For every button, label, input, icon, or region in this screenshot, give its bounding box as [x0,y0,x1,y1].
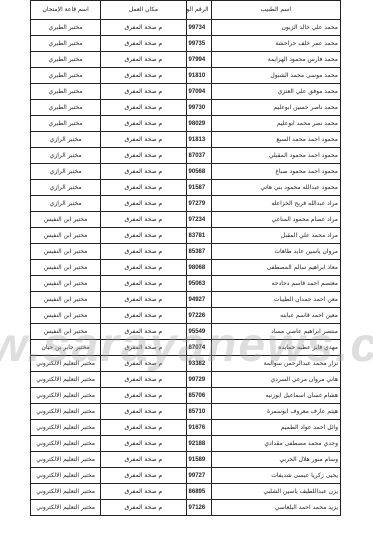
exam-hall-cell: مختبر التعليم الالكتروني [31,388,101,404]
doctor-name-cell: مراد محمد علي المقبل [211,228,340,244]
employee-id-cell: 87037 [186,148,211,164]
table-row: هشام غسان اسماعيل ابوزنيه85706م صحة المف… [31,388,341,404]
workplace-cell: م صحة المفرق [101,20,186,36]
employee-id-cell: 90568 [186,164,211,180]
workplace-cell: م صحة المفرق [101,340,186,356]
exam-hall-cell: مختبر الطبري [31,100,101,116]
doctor-name-cell: محمد موفق علي العتزي [211,84,340,100]
workplace-cell: م صحة المفرق [101,68,186,84]
workplace-cell: م صحة المفرق [101,356,186,372]
workplace-cell: م صحة المفرق [101,388,186,404]
doctor-name-cell: محمود احمد محمد السبع [211,132,340,148]
employee-id-cell: 97226 [186,308,211,324]
header-employee-id: الرقم الوظيفي [186,1,211,20]
employee-id-cell: 83781 [186,228,211,244]
workplace-cell: م صحة المفرق [101,420,186,436]
table-row: محمد فارس محمود الهزايمة97994م صحة المفر… [31,52,341,68]
table-row: محمد ناصر حسين ابوعليم99730م صحة المفرقم… [31,100,341,116]
doctor-name-cell: معن احمد حمدان الطيبات [211,292,340,308]
exam-hall-cell: مختبر التعليم الالكتروني [31,484,101,500]
workplace-cell: م صحة المفرق [101,148,186,164]
doctor-name-cell: محمد عمر خلف حراحشة [211,36,340,52]
table-row: محمود عبدالله محمود بني هاني91587م صحة ا… [31,180,341,196]
doctor-name-cell: محمود عبدالله محمود بني هاني [211,180,340,196]
workplace-cell: م صحة المفرق [101,260,186,276]
employee-id-cell: 99729 [186,372,211,388]
exam-hall-cell: مختبر ابن النفيس [31,244,101,260]
employee-id-cell: 99735 [186,36,211,52]
employee-id-cell: 85710 [186,404,211,420]
doctor-name-cell: هيثم عارف معروف ابوسمرة [211,404,340,420]
employee-id-cell: 99727 [186,468,211,484]
table-row: محمد علي خالد الزبون99734م صحة المفرقمخت… [31,20,341,36]
table-row: هاني مروان مرعي السردي99729م صحة المفرقم… [31,372,341,388]
doctor-name-cell: معين احمد قاسم عبابنه [211,308,340,324]
workplace-cell: م صحة المفرق [101,244,186,260]
table-row: نزار محمد عبدالرحمن سوالمة93382م صحة الم… [31,356,341,372]
workplace-cell: م صحة المفرق [101,324,186,340]
exam-hall-cell: مختبر ابن النفيس [31,324,101,340]
exam-hall-cell: مختبر الطبري [31,84,101,100]
doctor-name-cell: يزيد محمد احمد البلعاسي [211,500,340,516]
doctor-name-cell: معتصم احمد قاسم دحادحه [211,276,340,292]
exam-hall-cell: مختبر الطبري [31,52,101,68]
table-row: مهدي فايز عطيه حمايده87074م صحة المفرقمخ… [31,340,341,356]
doctor-name-cell: نزار محمد عبدالرحمن سوالمة [211,356,340,372]
exam-hall-cell: مختبر ابن النفيس [31,260,101,276]
workplace-cell: م صحة المفرق [101,100,186,116]
table-row: محمد عمر خلف حراحشة99735م صحة المفرقمختب… [31,36,341,52]
doctor-name-cell: وجدي محمد مصطفى مقدادي [211,436,340,452]
exam-hall-cell: مختبر التعليم الالكتروني [31,500,101,516]
table-row: محمود احمد محمود المقبلي87037م صحة المفر… [31,148,341,164]
workplace-cell: م صحة المفرق [101,468,186,484]
doctor-name-cell: محمود احمد محمود المقبلي [211,148,340,164]
exam-hall-cell: مختبر ابن النفيس [31,276,101,292]
table-row: منتصر ابراهيم عاصي مساد95549م صحة المفرق… [31,324,341,340]
exam-hall-cell: مختبر التعليم الالكتروني [31,356,101,372]
table-row: مراد عصام محمود المناعي97234م صحة المفرق… [31,212,341,228]
doctor-name-cell: محمد موسى محمد الشبول [211,68,340,84]
employee-id-cell: 97234 [186,212,211,228]
exam-hall-cell: مختبر ابن النفيس [31,212,101,228]
exam-hall-cell: مختبر الطبري [31,36,101,52]
table-row: محمد موسى محمد الشبول91810م صحة المفرقمخ… [31,68,341,84]
table-row: مروان ياسين عايد طاهات85387م صحة المفرقم… [31,244,341,260]
doctor-name-cell: معاذ ابراهيم سالم المصطفى [211,260,340,276]
exam-hall-cell: مختبر ابن النفيس [31,228,101,244]
workplace-cell: م صحة المفرق [101,132,186,148]
employee-id-cell: 91589 [186,452,211,468]
header-workplace: مكان العمل [101,1,186,20]
workplace-cell: م صحة المفرق [101,276,186,292]
doctor-name-cell: محمد فارس محمود الهزايمة [211,52,340,68]
exam-hall-cell: مختبر التعليم الالكتروني [31,452,101,468]
employee-id-cell: 97094 [186,84,211,100]
workplace-cell: م صحة المفرق [101,212,186,228]
workplace-cell: م صحة المفرق [101,84,186,100]
employee-id-cell: 99734 [186,20,211,36]
exam-hall-cell: مختبر الرازي [31,196,101,212]
employee-id-cell: 95549 [186,324,211,340]
employee-id-cell: 85387 [186,244,211,260]
header-doctor-name: اسم الطبيب [211,1,340,20]
exam-hall-cell: مختبر التعليم الالكتروني [31,404,101,420]
exam-hall-cell: مختبر الطبري [31,20,101,36]
table-row: يحيى زكريا عيسى شديفات99727م صحة المفرقم… [31,468,341,484]
employee-id-cell: 98068 [186,260,211,276]
workplace-cell: م صحة المفرق [101,372,186,388]
employee-id-cell: 93382 [186,356,211,372]
employee-id-cell: 99730 [186,100,211,116]
doctor-name-cell: منتصر ابراهيم عاصي مساد [211,324,340,340]
table-row: معاذ ابراهيم سالم المصطفى98068م صحة المف… [31,260,341,276]
workplace-cell: م صحة المفرق [101,404,186,420]
table-header-row: اسم الطبيب الرقم الوظيفي مكان العمل اسم … [31,1,341,20]
employee-id-cell: 97126 [186,500,211,516]
employee-id-cell: 97279 [186,196,211,212]
employee-id-cell: 91676 [186,420,211,436]
table-row: محمد نصر محمد ابوعليم98029م صحة المفرقمخ… [31,116,341,132]
exam-hall-cell: مختبر التعليم الالكتروني [31,420,101,436]
doctor-name-cell: هشام غسان اسماعيل ابوزنيه [211,388,340,404]
doctor-name-cell: محمد ناصر حسين ابوعليم [211,100,340,116]
table-row: معن احمد حمدان الطيبات94927م صحة المفرقم… [31,292,341,308]
doctor-name-cell: محمد علي خالد الزبون [211,20,340,36]
exam-hall-cell: مختبر التعليم الالكتروني [31,372,101,388]
table-row: يزن عبداللطيف ياسين الشلبي86895م صحة الم… [31,484,341,500]
doctor-name-cell: مهدي فايز عطيه حمايده [211,340,340,356]
table-row: محمد موفق علي العتزي97094م صحة المفرقمخت… [31,84,341,100]
workplace-cell: م صحة المفرق [101,52,186,68]
employee-id-cell: 91587 [186,180,211,196]
employee-id-cell: 91813 [186,132,211,148]
workplace-cell: م صحة المفرق [101,196,186,212]
doctor-name-cell: محمد نصر محمد ابوعليم [211,116,340,132]
doctor-name-cell: يزن عبداللطيف ياسين الشلبي [211,484,340,500]
table-row: معتصم احمد قاسم دحادحه95063م صحة المفرقم… [31,276,341,292]
exam-hall-cell: مختبر ابن النفيس [31,292,101,308]
doctor-name-cell: يحيى زكريا عيسى شديفات [211,468,340,484]
table-row: وسام منور هلال الحربي91589م صحة المفرقمخ… [31,452,341,468]
table-row: محمود احمد محمد السبع91813م صحة المفرقمخ… [31,132,341,148]
exam-hall-cell: مختبر الرازي [31,180,101,196]
workplace-cell: م صحة المفرق [101,452,186,468]
exam-hall-cell: مختبر الرازي [31,164,101,180]
employee-id-cell: 97994 [186,52,211,68]
exam-hall-cell: مختبر التعليم الالكتروني [31,436,101,452]
table-row: وائل احمد عواد الطميم91676م صحة المفرقمخ… [31,420,341,436]
employee-id-cell: 92188 [186,436,211,452]
table-row: يزيد محمد احمد البلعاسي97126م صحة المفرق… [31,500,341,516]
workplace-cell: م صحة المفرق [101,308,186,324]
doctor-name-cell: مراد عصام محمود المناعي [211,212,340,228]
employee-id-cell: 86895 [186,484,211,500]
exam-hall-cell: مختبر الطبري [31,68,101,84]
workplace-cell: م صحة المفرق [101,180,186,196]
exam-hall-cell: مختبر الطبري [31,116,101,132]
table-row: مراد محمد علي المقبل83781م صحة المفرقمخت… [31,228,341,244]
employee-id-cell: 98029 [186,116,211,132]
doctor-name-cell: محمود احمد محمود صباغ [211,164,340,180]
exam-hall-cell: مختبر جابر بن حيان [31,340,101,356]
workplace-cell: م صحة المفرق [101,484,186,500]
workplace-cell: م صحة المفرق [101,36,186,52]
table-row: معين احمد قاسم عبابنه97226م صحة المفرقمخ… [31,308,341,324]
employee-id-cell: 85706 [186,388,211,404]
exam-hall-cell: مختبر الرازي [31,148,101,164]
workplace-cell: م صحة المفرق [101,500,186,516]
doctor-name-cell: مروان ياسين عايد طاهات [211,244,340,260]
table-row: مراد عبدالله فريح الخزاعله97279م صحة الم… [31,196,341,212]
exam-hall-cell: مختبر الرازي [31,132,101,148]
doctor-name-cell: مراد عبدالله فريح الخزاعله [211,196,340,212]
table-row: هيثم عارف معروف ابوسمرة85710م صحة المفرق… [31,404,341,420]
doctor-name-cell: هاني مروان مرعي السردي [211,372,340,388]
workplace-cell: م صحة المفرق [101,164,186,180]
exam-hall-cell: مختبر ابن النفيس [31,308,101,324]
exam-hall-cell: مختبر التعليم الالكتروني [31,468,101,484]
workplace-cell: م صحة المفرق [101,116,186,132]
table-row: وجدي محمد مصطفى مقدادي92188م صحة المفرقم… [31,436,341,452]
doctor-name-cell: وائل احمد عواد الطميم [211,420,340,436]
table-row: محمود احمد محمود صباغ90568م صحة المفرقمخ… [31,164,341,180]
doctors-exam-table: اسم الطبيب الرقم الوظيفي مكان العمل اسم … [30,0,341,516]
workplace-cell: م صحة المفرق [101,436,186,452]
header-exam-hall: اسم قاعة الإمتحان [31,1,101,20]
employee-id-cell: 95063 [186,276,211,292]
workplace-cell: م صحة المفرق [101,292,186,308]
doctor-name-cell: وسام منور هلال الحربي [211,452,340,468]
employee-id-cell: 91810 [186,68,211,84]
employee-id-cell: 87074 [186,340,211,356]
employee-id-cell: 94927 [186,292,211,308]
workplace-cell: م صحة المفرق [101,228,186,244]
